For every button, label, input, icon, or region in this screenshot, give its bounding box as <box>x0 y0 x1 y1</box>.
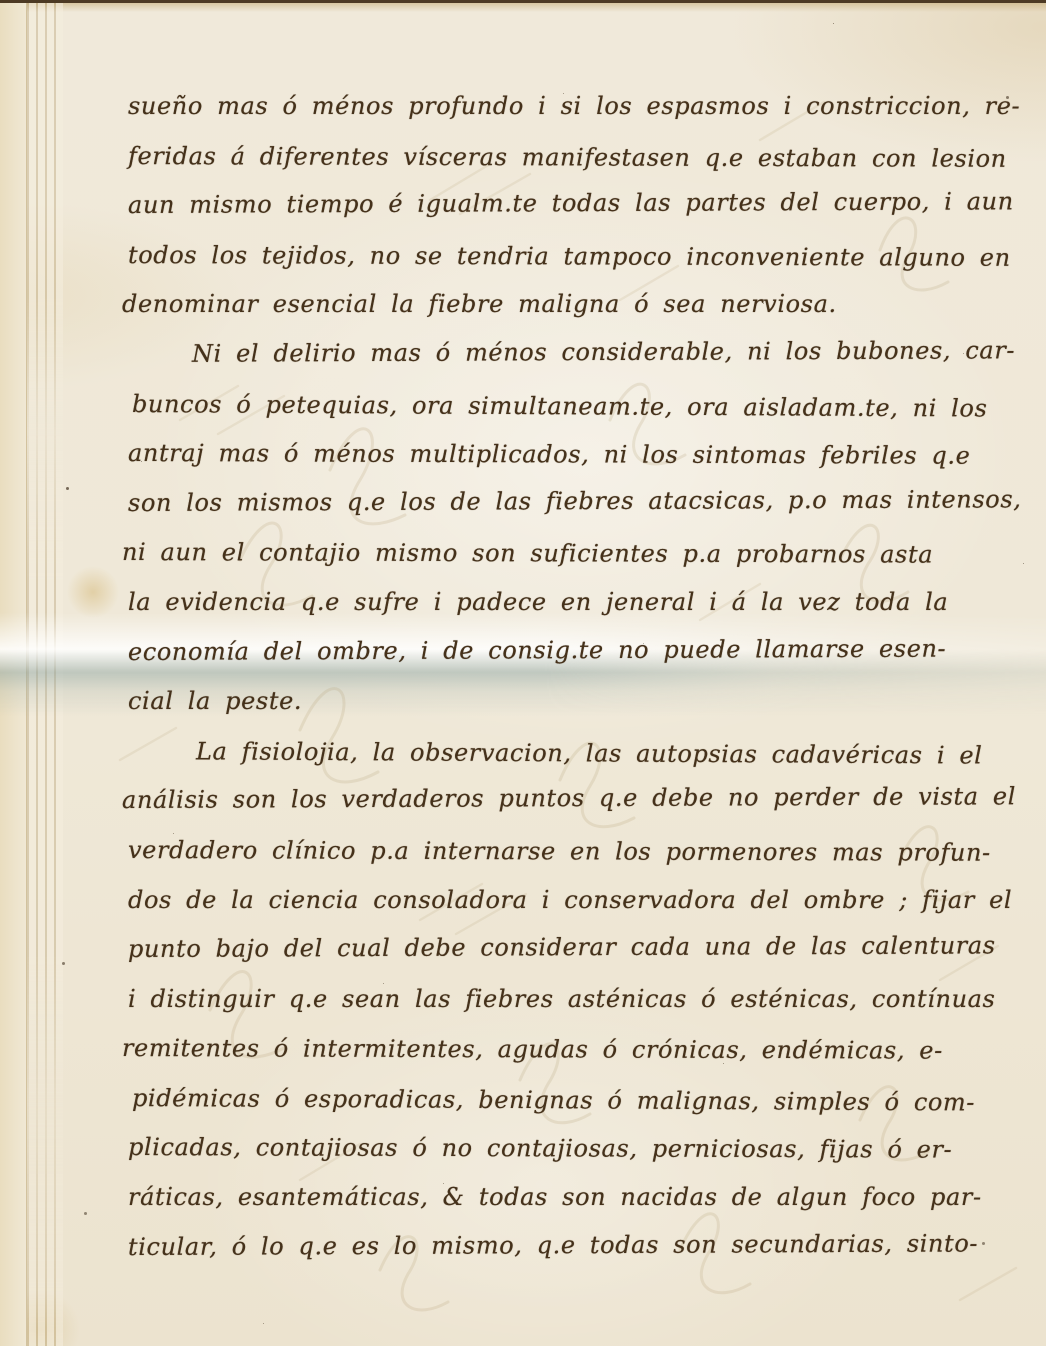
manuscript-line: son los mismos q.e los de las fiebres at… <box>128 475 1038 528</box>
manuscript-line: la evidencia q.e sufre i padece en jener… <box>128 578 1038 628</box>
manuscript-line: sueño mas ó ménos profundo i si los espa… <box>128 82 1038 132</box>
manuscript-text-block: sueño mas ó ménos profundo i si los espa… <box>128 82 1038 1272</box>
manuscript-line: antraj mas ó ménos multiplicados, ni los… <box>128 429 1038 481</box>
manuscript-line: aun mismo tiempo é igualm.te todas las p… <box>128 177 1038 230</box>
manuscript-line: i distinguir q.e sean las fiebres asténi… <box>128 975 1038 1025</box>
manuscript-line: remitentes ó intermitentes, agudas ó cró… <box>122 1024 1038 1076</box>
ink-specks <box>0 0 3 3</box>
manuscript-line: punto bajo del cual debe considerar cada… <box>128 921 1038 974</box>
manuscript-page: sueño mas ó ménos profundo i si los espa… <box>0 0 1046 1346</box>
manuscript-line: denominar esencial la fiebre maligna ó s… <box>122 280 1038 330</box>
manuscript-line: plicadas, contajiosas ó no contajiosas, … <box>128 1123 1038 1175</box>
manuscript-line: economía del ombre, i de consig.te no pu… <box>128 624 1038 677</box>
manuscript-line: buncos ó petequias, ora simultaneam.te, … <box>132 380 1038 434</box>
manuscript-line: feridas á diferentes vísceras manifestas… <box>128 132 1038 184</box>
manuscript-line: verdadero clínico p.a internarse en los … <box>128 826 1038 878</box>
manuscript-line: ráticas, esantemáticas, & todas son naci… <box>128 1173 1038 1223</box>
manuscript-line: ticular, ó lo q.e es lo mismo, q.e todas… <box>128 1219 1038 1272</box>
manuscript-line-paragraph-start: Ni el delirio mas ó ménos considerable, … <box>128 326 1038 379</box>
manuscript-line: ni aun el contajio mismo son suficientes… <box>122 528 1038 580</box>
manuscript-line: cial la peste. <box>128 677 1038 727</box>
manuscript-line: análisis son los verdaderos puntos q.e d… <box>122 772 1038 825</box>
manuscript-line: dos de la ciencia consoladora i conserva… <box>128 876 1038 926</box>
manuscript-line: pidémicas ó esporadicas, benignas ó mali… <box>132 1074 1038 1128</box>
manuscript-line: todos los tejidos, no se tendria tampoco… <box>128 231 1038 283</box>
